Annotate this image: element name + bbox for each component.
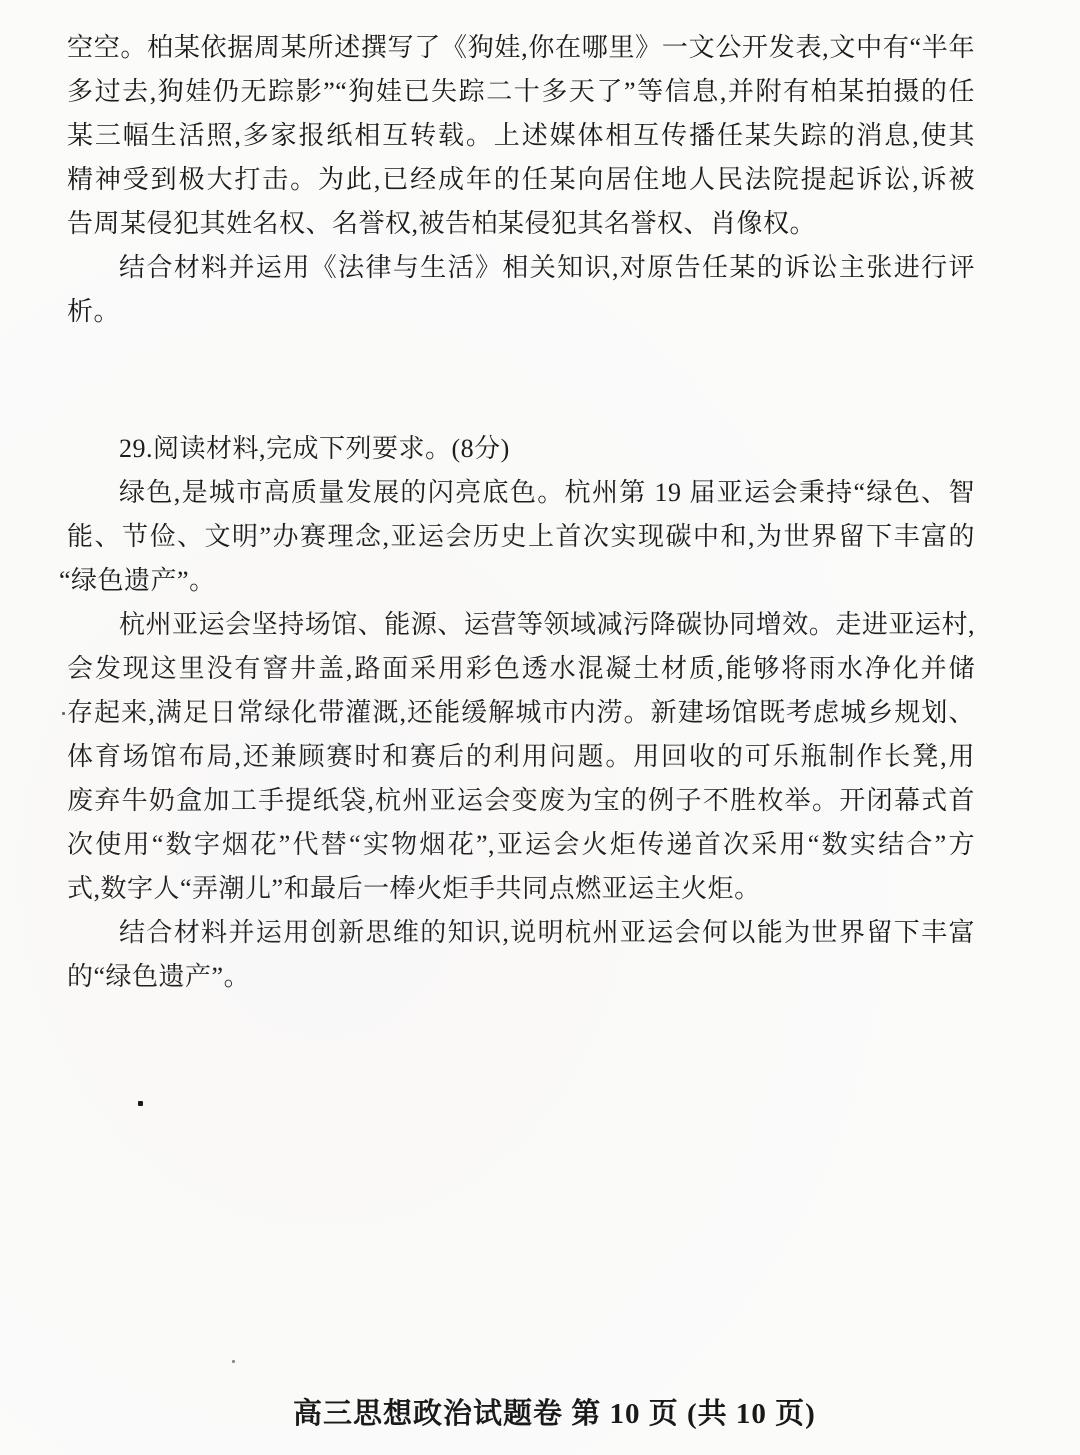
text-line: 精神受到极大打击。为此,已经成年的任某向居住地人民法院提起诉讼,诉被 [67, 158, 975, 202]
text-line: 的“绿色遗产”。 [67, 955, 975, 999]
text-line: 某三幅生活照,多家报纸相互转载。上述媒体相互传播任某失踪的消息,使其 [67, 114, 975, 158]
question-28-material-continuation: 空空。柏某依据周某所述撰写了《狗娃,你在哪里》一文公开发表,文中有“半年多过去,… [67, 26, 975, 334]
question-29: 29.阅读材料,完成下列要求。(8分)绿色,是城市高质量发展的闪亮底色。杭州第 … [67, 427, 975, 999]
text-line: 能、节俭、文明”办赛理念,亚运会历史上首次实现碳中和,为世界留下丰富的 [67, 515, 975, 559]
text-line: 告周某侵犯其姓名权、名誉权,被告柏某侵犯其名誉权、肖像权。 [67, 202, 975, 246]
text-line: 析。 [67, 290, 975, 334]
text-line: 多过去,狗娃仍无踪影”“狗娃已失踪二十多天了”等信息,并附有柏某拍摄的任 [67, 70, 975, 114]
text-line: 式,数字人“弄潮儿”和最后一棒火炬手共同点燃亚运主火炬。 [67, 867, 975, 911]
text-line: 结合材料并运用《法律与生活》相关知识,对原告任某的诉讼主张进行评 [67, 246, 975, 290]
text-line: 体育场馆布局,还兼顾赛时和赛后的利用问题。用回收的可乐瓶制作长凳,用 [67, 735, 975, 779]
scan-speck [232, 1360, 235, 1363]
text-line: 废弃牛奶盒加工手提纸袋,杭州亚运会变废为宝的例子不胜枚举。开闭幕式首 [67, 779, 975, 823]
document-page: 空空。柏某依据周某所述撰写了《狗娃,你在哪里》一文公开发表,文中有“半年多过去,… [0, 0, 1080, 1455]
text-line: 会发现这里没有窨井盖,路面采用彩色透水混凝土材质,能够将雨水净化并储 [67, 647, 975, 691]
text-line: 杭州亚运会坚持场馆、能源、运营等领域减污降碳协同增效。走进亚运村, [67, 603, 975, 647]
text-line: 空空。柏某依据周某所述撰写了《狗娃,你在哪里》一文公开发表,文中有“半年 [67, 26, 975, 70]
text-line: 存起来,满足日常绿化带灌溉,还能缓解城市内涝。新建场馆既考虑城乡规划、 [67, 691, 975, 735]
text-line: “绿色遗产”。 [59, 559, 975, 603]
text-line: 次使用“数字烟花”代替“实物烟花”,亚运会火炬传递首次采用“数实结合”方 [67, 823, 975, 867]
page-footer: 高三思想政治试题卷 第 10 页 (共 10 页) [293, 1396, 816, 1432]
text-line: 绿色,是城市高质量发展的闪亮底色。杭州第 19 届亚运会秉持“绿色、智 [67, 471, 975, 515]
text-line: 29.阅读材料,完成下列要求。(8分) [67, 427, 975, 471]
text-line: 结合材料并运用创新思维的知识,说明杭州亚运会何以能为世界留下丰富 [67, 911, 975, 955]
scan-speck [138, 1101, 143, 1106]
scan-speck [62, 712, 65, 715]
